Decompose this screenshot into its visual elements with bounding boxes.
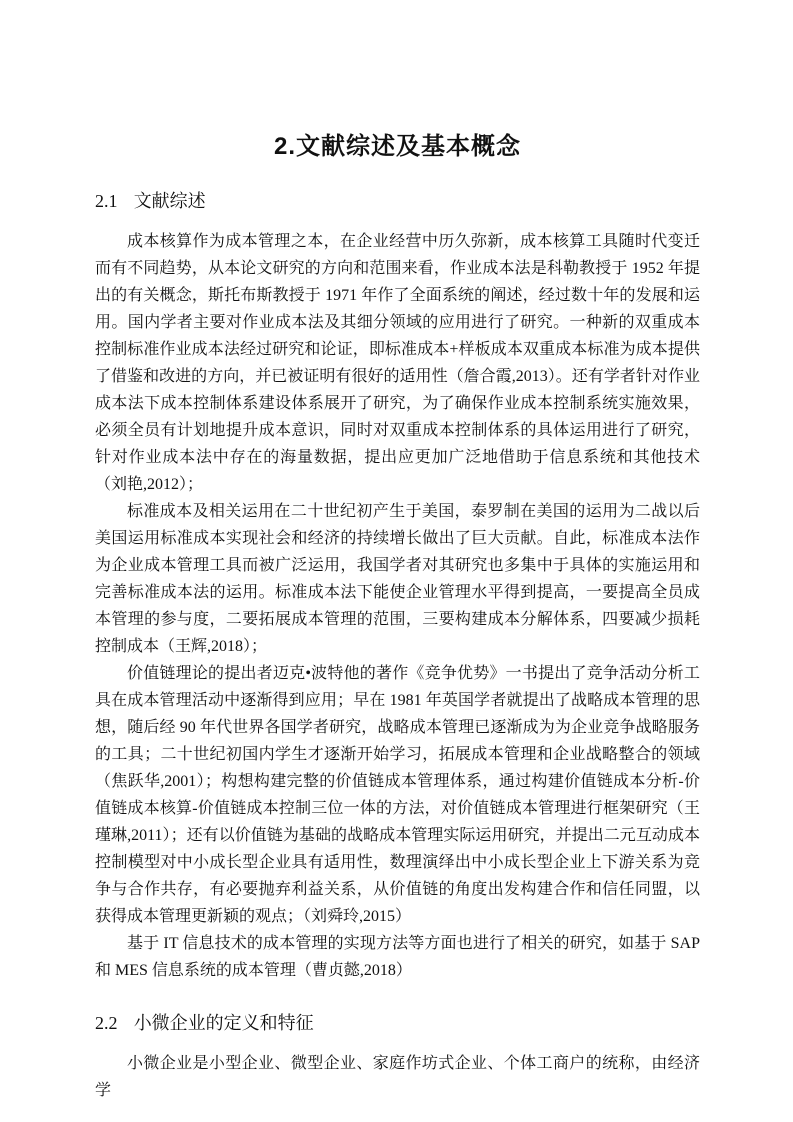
section-title: 文献综述 xyxy=(134,191,206,211)
chapter-title: 2.文献综述及基本概念 xyxy=(95,131,700,162)
document-page: 2.文献综述及基本概念 2.1文献综述 成本核算作为成本管理之本，在企业经营中历… xyxy=(0,0,793,1122)
section-heading-2-2: 2.2小微企业的定义和特征 xyxy=(95,1011,700,1035)
section-literature-review: 2.1文献综述 成本核算作为成本管理之本，在企业经营中历久弥新，成本核算工具随时… xyxy=(95,189,700,984)
paragraph-it-cost-management: 基于 IT 信息技术的成本管理的实现方法等方面也进行了相关的研究，如基于 SAP… xyxy=(95,930,700,984)
section-heading-2-1: 2.1文献综述 xyxy=(95,189,700,213)
section-title: 小微企业的定义和特征 xyxy=(134,1013,314,1033)
section-small-micro-enterprises: 2.2小微企业的定义和特征 小微企业是小型企业、微型企业、家庭作坊式企业、个体工… xyxy=(95,1011,700,1104)
paragraph-value-chain: 价值链理论的提出者迈克•波特他的著作《竞争优势》一书提出了竞争活动分析工具在成本… xyxy=(95,660,700,930)
section-number: 2.1 xyxy=(95,191,118,211)
paragraph-abc-costing: 成本核算作为成本管理之本，在企业经营中历久弥新，成本核算工具随时代变迁而有不同趋… xyxy=(95,228,700,498)
paragraph-sme-definition: 小微企业是小型企业、微型企业、家庭作坊式企业、个体工商户的统称，由经济学 xyxy=(95,1050,700,1104)
section-number: 2.2 xyxy=(95,1013,118,1033)
paragraph-standard-costing: 标准成本及相关运用在二十世纪初产生于美国，泰罗制在美国的运用为二战以后美国运用标… xyxy=(95,498,700,660)
